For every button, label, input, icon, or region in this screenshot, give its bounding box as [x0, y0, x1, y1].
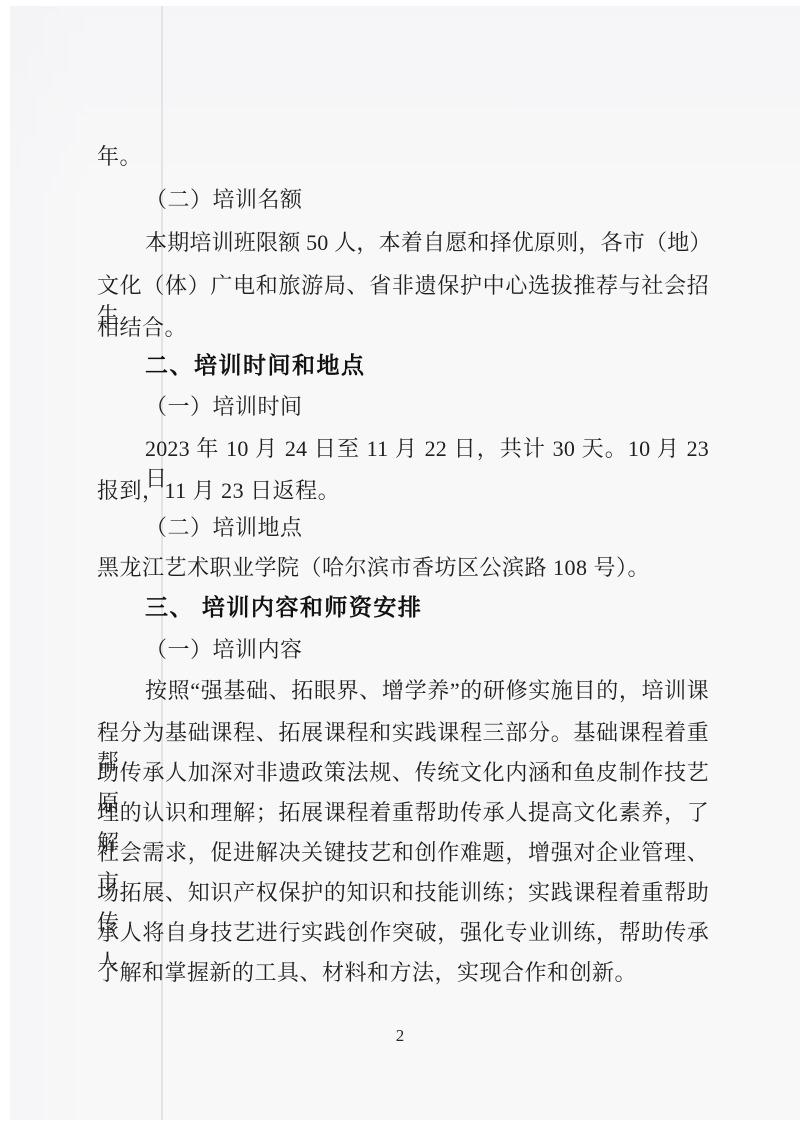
paragraph-line: 相结合。	[97, 313, 709, 343]
paragraph-line: 报到，11 月 23 日返程。	[97, 476, 709, 506]
subsection-label-training-time: （一）培训时间	[97, 392, 709, 422]
paragraph-line: 按照“强基础、拓眼界、增学养”的研修实施目的，培训课	[97, 676, 709, 706]
subsection-label-training-content: （一）培训内容	[97, 635, 709, 665]
page-number: 2	[0, 1026, 800, 1046]
section-heading-time-location: 二、培训时间和地点	[97, 350, 709, 380]
paragraph-line: 了解和掌握新的工具、材料和方法，实现合作和创新。	[97, 958, 709, 988]
paragraph-line-address: 黑龙江艺术职业学院（哈尔滨市香坊区公滨路 108 号）。	[97, 553, 709, 583]
paragraph-line: 年。	[97, 142, 709, 172]
subsection-label-training-quota: （二）培训名额	[97, 185, 709, 215]
paragraph-line: 本期培训班限额 50 人，本着自愿和择优原则，各市（地）	[97, 228, 709, 258]
section-heading-content-faculty: 三、 培训内容和师资安排	[97, 592, 709, 622]
subsection-label-training-location: （二）培训地点	[97, 513, 709, 543]
scanned-document-page: 年。 （二）培训名额 本期培训班限额 50 人，本着自愿和择优原则，各市（地） …	[0, 0, 800, 1136]
